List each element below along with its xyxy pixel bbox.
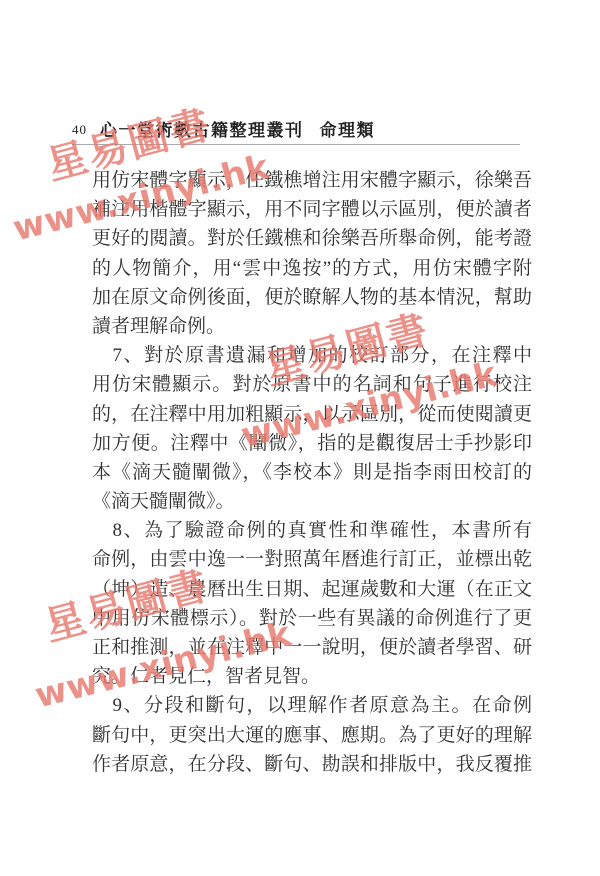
body-text-line: （坤）造、農曆出生日期、起運歲數和大運（在正文	[92, 575, 532, 604]
body-text-line: 命例，由雲中逸一一對照萬年曆進行訂正，並標出乾	[92, 545, 532, 574]
body-text-line: 本《滴天髓闡微》，《李校本》則是指李雨田校訂的	[92, 458, 532, 487]
series-title: 心一堂術數古籍整理叢刊	[100, 121, 304, 140]
body-text-line: 加方便。注釋中《闡微》，指的是觀復居士手抄影印	[92, 429, 532, 458]
body-text-line: 用仿宋體顯示。對於原書中的名詞和句子進行校注	[92, 370, 532, 399]
body-text-line: 《滴天髓闡微》。	[92, 487, 532, 516]
body-text-line: 中用仿宋體標示）。對於一些有異議的命例進行了更	[92, 604, 532, 633]
body-text-line: 補注用楷體字顯示，用不同字體以示區別，便於讀者	[92, 195, 532, 224]
body-text-line: 9、分段和斷句，以理解作者原意為主。在命例	[92, 691, 532, 720]
body-text: 用仿宋體字顯示，任鐵樵增注用宋體字顯示，徐樂吾補注用楷體字顯示，用不同字體以示區…	[92, 166, 532, 779]
body-text-line: 更好的閱讀。對於任鐵樵和徐樂吾所舉命例，能考證	[92, 224, 532, 253]
body-text-line: 究。仁者見仁，智者見智。	[92, 662, 532, 691]
body-text-line: 7、對於原書遺漏和增加的校訂部分，在注釋中	[92, 341, 532, 370]
body-text-line: 正和推測，並在注釋中一一說明，便於讀者學習、研	[92, 633, 532, 662]
body-text-line: 讀者理解命例。	[92, 312, 532, 341]
book-page: 星易圖書 www.xinyi.hk 星易圖書 www.xinyi.hk 星易圖書…	[0, 0, 600, 876]
category-label: 命理類	[320, 121, 376, 140]
body-text-line: 8、為了驗證命例的真實性和準確性，本書所有	[92, 516, 532, 545]
body-text-line: 用仿宋體字顯示，任鐵樵增注用宋體字顯示，徐樂吾	[92, 166, 532, 195]
page-header: 40心一堂術數古籍整理叢刊命理類	[72, 116, 375, 141]
body-text-line: 的人物簡介，用“雲中逸按”的方式，用仿宋體字附	[92, 254, 532, 283]
page-number: 40	[72, 122, 87, 137]
body-text-line: 作者原意，在分段、斷句、勘誤和排版中，我反覆推	[92, 750, 532, 779]
body-text-line: 斷句中，更突出大運的應事、應期。為了更好的理解	[92, 721, 532, 750]
body-text-line: 的，在注釋中用加粗顯示，以示區別，從而使閱讀更	[92, 400, 532, 429]
header-rule	[72, 144, 520, 145]
body-text-line: 加在原文命例後面，便於瞭解人物的基本情況，幫助	[92, 283, 532, 312]
